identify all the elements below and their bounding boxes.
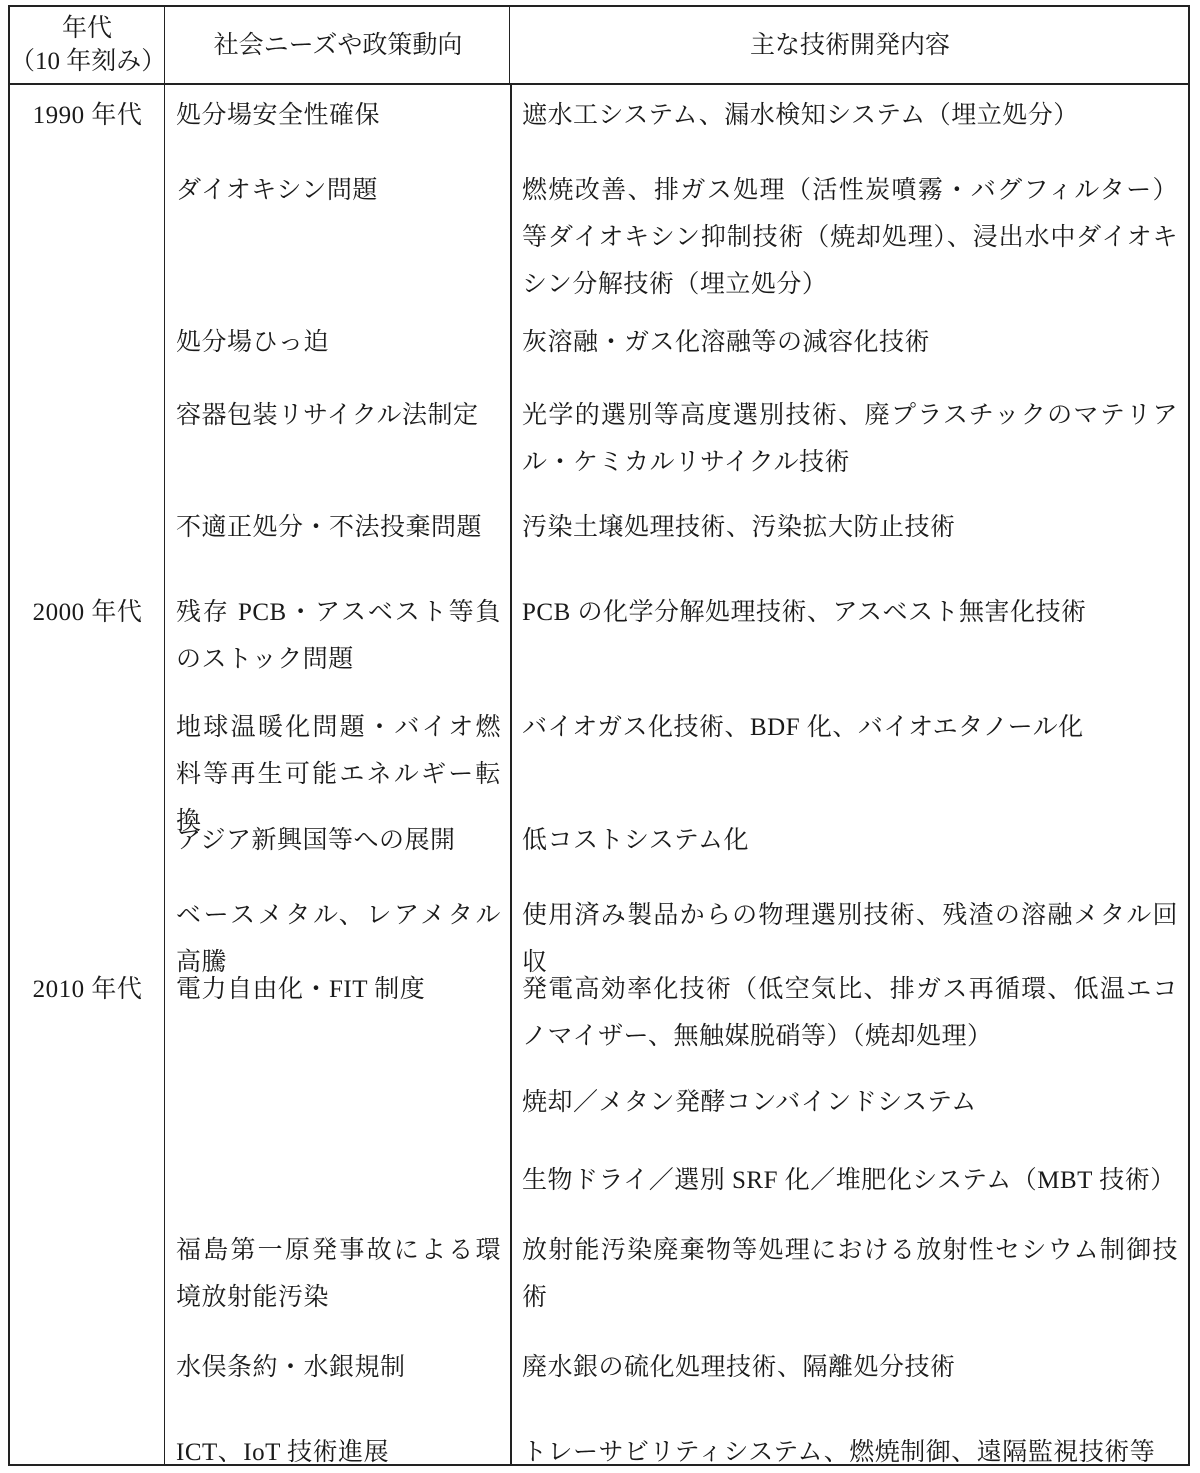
tech-cell: PCB の化学分解処理技術、アスベスト無害化技術 — [510, 589, 1188, 704]
tech-cell: トレーサビリティシステム、燃焼制御、遠隔監視技術等 — [510, 1429, 1188, 1466]
table-row: 処分場ひっ迫 灰溶融・ガス化溶融等の減容化技術 — [10, 319, 1188, 392]
table-row: 水俣条約・水銀規制 廃水銀の硫化処理技術、隔離処分技術 — [10, 1344, 1188, 1429]
need-cell: ICT、IoT 技術進展 — [165, 1429, 510, 1466]
column-divider-2 — [510, 85, 512, 1466]
table-row: 生物ドライ／選別 SRF 化／堆肥化システム（MBT 技術） — [10, 1157, 1188, 1227]
table-row: 容器包装リサイクル法制定 光学的選別等高度選別技術、廃プラスチックのマテリアル・… — [10, 392, 1188, 504]
era-cell — [10, 1079, 165, 1157]
need-cell: 電力自由化・FIT 制度 — [165, 966, 510, 1079]
need-cell: 水俣条約・水銀規制 — [165, 1344, 510, 1429]
header-tech-label: 主な技術開発内容 — [750, 29, 950, 62]
tech-cell: 廃水銀の硫化処理技術、隔離処分技術 — [510, 1344, 1188, 1429]
era-cell: 2000 年代 — [10, 589, 165, 704]
need-cell: アジア新興国等への展開 — [165, 817, 510, 892]
era-cell — [10, 1344, 165, 1429]
era-cell — [10, 1429, 165, 1466]
need-cell: 地球温暖化問題・バイオ燃料等再生可能エネルギー転換 — [165, 704, 510, 817]
table-row: 1990 年代 処分場安全性確保 遮水工システム、漏水検知システム（埋立処分） — [10, 92, 1188, 167]
era-cell — [10, 817, 165, 892]
need-cell: 不適正処分・不法投棄問題 — [165, 504, 510, 589]
need-cell: 残存 PCB・アスベスト等負のストック問題 — [165, 589, 510, 704]
need-cell — [165, 1157, 510, 1227]
table-row: アジア新興国等への展開 低コストシステム化 — [10, 817, 1188, 892]
tech-cell: 低コストシステム化 — [510, 817, 1188, 892]
tech-cell: 焼却／メタン発酵コンバインドシステム — [510, 1079, 1188, 1157]
tech-cell: 汚染土壌処理技術、汚染拡大防止技術 — [510, 504, 1188, 589]
table-body: 1990 年代 処分場安全性確保 遮水工システム、漏水検知システム（埋立処分） … — [10, 85, 1188, 1466]
era-cell — [10, 1157, 165, 1227]
need-cell: ダイオキシン問題 — [165, 167, 510, 319]
header-era-line2: （10 年刻み） — [10, 45, 164, 78]
tech-cell: バイオガス化技術、BDF 化、バイオエタノール化 — [510, 704, 1188, 817]
table-row: 2000 年代 残存 PCB・アスベスト等負のストック問題 PCB の化学分解処… — [10, 589, 1188, 704]
header-tech: 主な技術開発内容 — [510, 7, 1188, 83]
need-cell: 処分場安全性確保 — [165, 92, 510, 167]
era-cell — [10, 319, 165, 392]
header-era-line1: 年代 — [62, 12, 112, 45]
tech-cell: 光学的選別等高度選別技術、廃プラスチックのマテリアル・ケミカルリサイクル技術 — [510, 392, 1188, 504]
header-era: 年代 （10 年刻み） — [10, 7, 165, 83]
table-row: 地球温暖化問題・バイオ燃料等再生可能エネルギー転換 バイオガス化技術、BDF 化… — [10, 704, 1188, 817]
era-cell: 1990 年代 — [10, 92, 165, 167]
need-cell: 処分場ひっ迫 — [165, 319, 510, 392]
technology-timeline-table: 年代 （10 年刻み） 社会ニーズや政策動向 主な技術開発内容 1990 年代 … — [8, 5, 1190, 1466]
tech-cell: 遮水工システム、漏水検知システム（埋立処分） — [510, 92, 1188, 167]
tech-cell: 灰溶融・ガス化溶融等の減容化技術 — [510, 319, 1188, 392]
era-cell — [10, 1227, 165, 1344]
need-cell: 福島第一原発事故による環境放射能汚染 — [165, 1227, 510, 1344]
table-row: ベースメタル、レアメタル高騰 使用済み製品からの物理選別技術、残渣の溶融メタル回… — [10, 892, 1188, 966]
table-row: ICT、IoT 技術進展 トレーサビリティシステム、燃焼制御、遠隔監視技術等 — [10, 1429, 1188, 1466]
era-cell — [10, 704, 165, 817]
header-needs: 社会ニーズや政策動向 — [165, 7, 510, 83]
table-row: 福島第一原発事故による環境放射能汚染 放射能汚染廃棄物等処理における放射性セシウ… — [10, 1227, 1188, 1344]
era-cell — [10, 392, 165, 504]
tech-cell: 生物ドライ／選別 SRF 化／堆肥化システム（MBT 技術） — [510, 1157, 1188, 1227]
era-cell: 2010 年代 — [10, 966, 165, 1079]
era-cell — [10, 892, 165, 966]
table-row: ダイオキシン問題 燃焼改善、排ガス処理（活性炭噴霧・バグフィルター）等ダイオキシ… — [10, 167, 1188, 319]
era-cell — [10, 504, 165, 589]
table-row: 不適正処分・不法投棄問題 汚染土壌処理技術、汚染拡大防止技術 — [10, 504, 1188, 589]
need-cell: ベースメタル、レアメタル高騰 — [165, 892, 510, 966]
era-cell — [10, 167, 165, 319]
table-row: 焼却／メタン発酵コンバインドシステム — [10, 1079, 1188, 1157]
need-cell — [165, 1079, 510, 1157]
tech-cell: 放射能汚染廃棄物等処理における放射性セシウム制御技術 — [510, 1227, 1188, 1344]
header-needs-label: 社会ニーズや政策動向 — [214, 29, 463, 62]
need-cell: 容器包装リサイクル法制定 — [165, 392, 510, 504]
table-row: 2010 年代 電力自由化・FIT 制度 発電高効率化技術（低空気比、排ガス再循… — [10, 966, 1188, 1079]
tech-cell: 使用済み製品からの物理選別技術、残渣の溶融メタル回収 — [510, 892, 1188, 966]
column-divider-1 — [164, 85, 166, 1466]
tech-cell: 発電高効率化技術（低空気比、排ガス再循環、低温エコノマイザー、無触媒脱硝等）（焼… — [510, 966, 1188, 1079]
tech-cell: 燃焼改善、排ガス処理（活性炭噴霧・バグフィルター）等ダイオキシン抑制技術（焼却処… — [510, 167, 1188, 319]
table-header-row: 年代 （10 年刻み） 社会ニーズや政策動向 主な技術開発内容 — [10, 7, 1188, 85]
